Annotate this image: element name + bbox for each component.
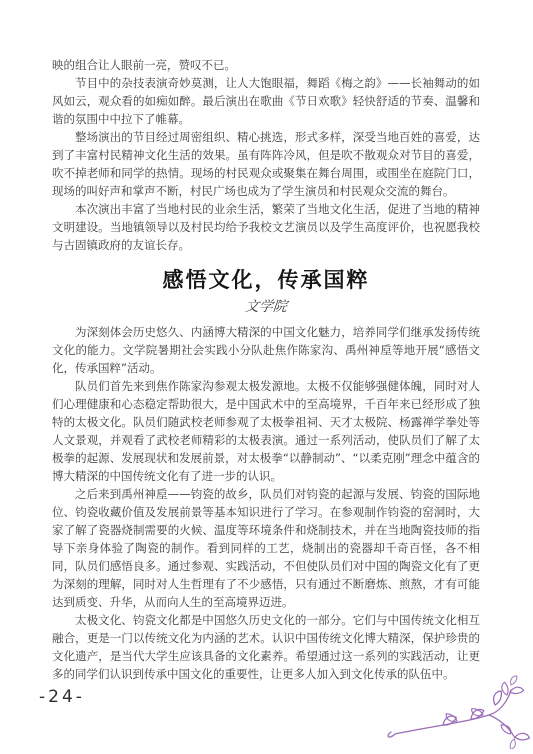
article-title: 感悟文化，传承国粹 bbox=[52, 267, 480, 293]
author-byline: 文学院 bbox=[52, 296, 480, 316]
paragraph: 映的组合让人眼前一亮，赞叹不已。 bbox=[52, 56, 480, 74]
paragraph: 太极文化、钧瓷文化都是中国悠久历史文化的一部分。它们与中国传统文化相互融合，更是… bbox=[52, 611, 480, 683]
article-main: 感悟文化，传承国粹 文学院 为深刻体会历史悠久、内涵博大精深的中国文化魅力，培养… bbox=[52, 267, 480, 683]
document-page: { "article_previous": { "paragraphs": [ … bbox=[0, 0, 533, 754]
vine-icon bbox=[381, 675, 533, 749]
paragraph: 整场演出的节目经过周密组织、精心挑选，形式多样，深受当地百姓的喜爱，达到了丰富村… bbox=[52, 128, 480, 200]
page-content: 映的组合让人眼前一亮，赞叹不已。 节目中的杂技表演奇妙莫测，让人大饱眼福，舞蹈《… bbox=[0, 0, 533, 707]
paragraph: 之后来到禹州神垕——钧瓷的故乡，队员们对钧瓷的起源与发展、钧瓷的国际地位、钧瓷收… bbox=[52, 485, 480, 611]
paragraph: 队员们首先来到焦作陈家沟参观太极发源地。太极不仅能够强健体魄，同时对人们心理健康… bbox=[52, 377, 480, 485]
paragraph: 本次演出丰富了当地村民的业余生活，繁荣了当地文化生活，促进了当地的精神文明建设。… bbox=[52, 200, 480, 254]
author-name: 文学院 bbox=[244, 296, 288, 316]
article-previous-continuation: 映的组合让人眼前一亮，赞叹不已。 节目中的杂技表演奇妙莫测，让人大饱眼福，舞蹈《… bbox=[52, 56, 480, 254]
paragraph: 节目中的杂技表演奇妙莫测，让人大饱眼福，舞蹈《梅之韵》——长袖舞动的如风如云，观… bbox=[52, 74, 480, 128]
paragraph: 为深刻体会历史悠久、内涵博大精深的中国文化魅力，培养同学们继承发扬传统文化的能力… bbox=[52, 323, 480, 377]
